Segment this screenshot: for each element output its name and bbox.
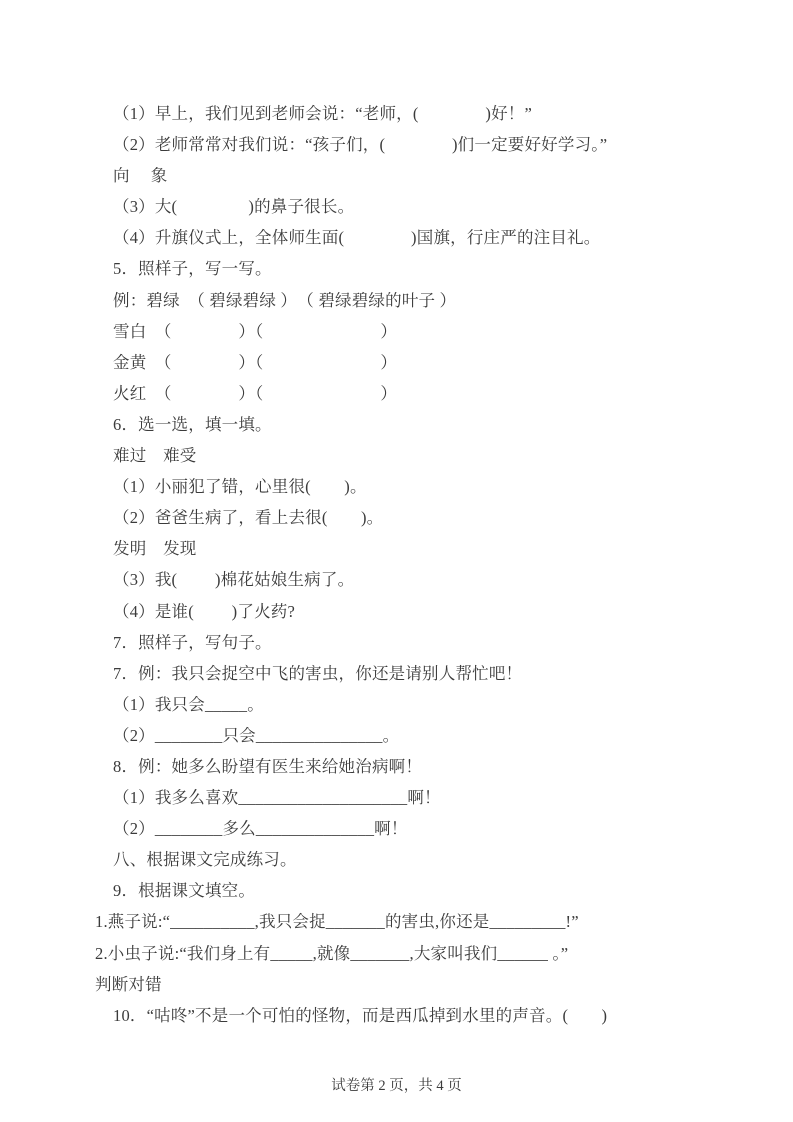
text-line-23: （1）我多么喜欢____________________啊！ [0,782,793,813]
text-line-4: （3）大( )的鼻子很长。 [0,191,793,222]
text-line-12: 难过 难受 [0,440,793,471]
text-line-5: （4）升旗仪式上，全体师生面( )国旗，行庄严的注目礼。 [0,222,793,253]
text-line-16: （3）我( )棉花姑娘生病了。 [0,564,793,595]
text-line-21: （2）________只会_______________。 [0,720,793,751]
text-line-1: （1）早上，我们见到老师会说：“老师，( )好！” [0,98,793,129]
text-line-22: 8．例：她多么盼望有医生来给她治病啊！ [0,751,793,782]
page-footer: 试卷第 2 页，共 4 页 [0,1077,793,1095]
text-line-3: 向 象 [0,160,793,191]
text-line-20: （1）我只会_____。 [0,689,793,720]
text-line-24: （2）________多么______________啊！ [0,813,793,844]
text-line-13: （1）小丽犯了错，心里很( )。 [0,471,793,502]
document-body: （1）早上，我们见到老师会说：“老师，( )好！”（2）老师常常对我们说：“孩子… [0,98,793,1031]
text-line-10: 火红 （ ）（ ） [0,378,793,409]
text-line-17: （4）是谁( )了火药? [0,596,793,627]
text-line-25: 八、根据课文完成练习。 [0,844,793,875]
text-line-18: 7．照样子，写句子。 [0,627,793,658]
text-line-27: 1.燕子说:“__________,我只会捉_______的害虫,你还是____… [0,906,793,937]
text-line-6: 5．照样子，写一写。 [0,253,793,284]
text-line-29: 判断对错 [0,969,793,1000]
text-line-14: （2）爸爸生病了，看上去很( )。 [0,502,793,533]
text-line-15: 发明 发现 [0,533,793,564]
text-line-26: 9．根据课文填空。 [0,875,793,906]
text-line-2: （2）老师常常对我们说：“孩子们，( )们一定要好好学习。” [0,129,793,160]
text-line-19: 7．例：我只会捉空中飞的害虫，你还是请别人帮忙吧！ [0,658,793,689]
text-line-11: 6．选一选，填一填。 [0,409,793,440]
text-line-7: 例：碧绿 （ 碧绿碧绿 ） （ 碧绿碧绿的叶子 ） [0,285,793,316]
page: （1）早上，我们见到老师会说：“老师，( )好！”（2）老师常常对我们说：“孩子… [0,0,793,1122]
text-line-9: 金黄 （ ）（ ） [0,347,793,378]
text-line-8: 雪白 （ ）（ ） [0,316,793,347]
text-line-28: 2.小虫子说:“我们身上有_____,就像_______,大家叫我们______… [0,938,793,969]
text-line-30: 10．“咕咚”不是一个可怕的怪物，而是西瓜掉到水里的声音。( ) [0,1000,793,1031]
